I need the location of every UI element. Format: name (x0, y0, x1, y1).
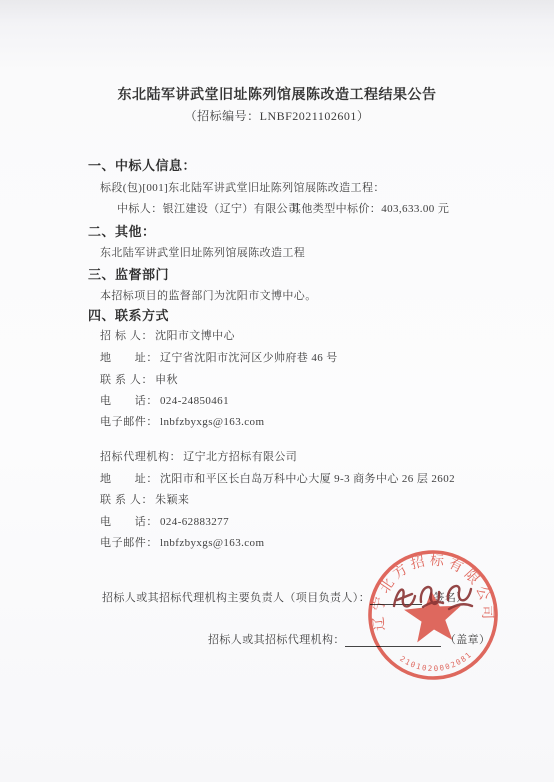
agency-phone-label: 电 话： (100, 516, 158, 528)
principal-label: 招标人或其招标代理机构主要负责人（项目负责人）： (102, 592, 370, 604)
winner-price: 其他类型中标价：403,633.00 元 (290, 200, 449, 216)
tender-number: （招标编号：LNBF2021102601） (0, 107, 554, 124)
lot-line: 标段(包)[001]东北陆军讲武堂旧址陈列馆展陈改造工程： (100, 179, 385, 195)
tenderer-contact-value: 申秋 (155, 374, 178, 386)
tenderer-email-label: 电子邮件： (100, 416, 158, 428)
agency-address-label: 地 址： (100, 473, 158, 485)
agency-contact-label: 联 系 人： (100, 494, 153, 506)
tenderer-address-label: 地 址： (100, 352, 158, 364)
agency-address-row: 地 址：沈阳市和平区长白岛万科中心大厦 9-3 商务中心 26 层 2602 (100, 470, 455, 486)
agency-name-value: 辽宁北方招标有限公司 (183, 451, 297, 463)
handwritten-signature (388, 576, 476, 622)
tenderer-address-value: 辽宁省沈阳市沈河区少帅府巷 46 号 (160, 352, 338, 364)
tenderer-address-row: 地 址：辽宁省沈阳市沈河区少帅府巷 46 号 (100, 349, 338, 365)
section2-body: 东北陆军讲武堂旧址陈列馆展陈改造工程 (100, 244, 305, 260)
section3-body: 本招标项目的监督部门为沈阳市文博中心。 (100, 287, 317, 303)
agency-address-value: 沈阳市和平区长白岛万科中心大厦 9-3 商务中心 26 层 2602 (160, 473, 455, 485)
section2-heading: 二、其他： (88, 221, 156, 240)
agency-name-row: 招标代理机构：辽宁北方招标有限公司 (100, 448, 297, 464)
tenderer-name-row: 招 标 人：沈阳市文博中心 (100, 327, 235, 343)
tenderer-phone-value: 024-24850461 (160, 395, 229, 407)
tenderer-name-value: 沈阳市文博中心 (155, 330, 235, 342)
winner-name: 中标人：银江建设（辽宁）有限公司 (117, 200, 299, 216)
section1-heading: 一、中标人信息： (88, 155, 196, 174)
document-title: 东北陆军讲武堂旧址陈列馆展陈改造工程结果公告 (0, 84, 554, 104)
agency-phone-row: 电 话：024-62883277 (100, 513, 229, 529)
tenderer-contact-row: 联 系 人：申秋 (100, 371, 178, 387)
tenderer-phone-row: 电 话：024-24850461 (100, 392, 229, 408)
agency-email-row: 电子邮件：lnbfzbyxgs@163.com (100, 534, 264, 550)
tenderer-phone-label: 电 话： (100, 395, 158, 407)
agency-contact-value: 朱颖来 (155, 494, 189, 506)
scanned-document-page: 东北陆军讲武堂旧址陈列馆展陈改造工程结果公告 （招标编号：LNBF2021102… (0, 0, 554, 782)
agency-name-label: 招标代理机构： (100, 451, 181, 463)
org-label: 招标人或其招标代理机构： (208, 634, 345, 646)
agency-contact-row: 联 系 人：朱颖来 (100, 491, 189, 507)
agency-phone-value: 024-62883277 (160, 516, 229, 528)
tenderer-email-row: 电子邮件：lnbfzbyxgs@163.com (100, 413, 264, 429)
tenderer-name-label: 招 标 人： (100, 330, 153, 342)
tenderer-contact-label: 联 系 人： (100, 374, 153, 386)
section4-heading: 四、联系方式 (88, 305, 169, 324)
agency-email-value: lnbfzbyxgs@163.com (160, 537, 264, 549)
tenderer-email-value: lnbfzbyxgs@163.com (160, 416, 264, 428)
agency-email-label: 电子邮件： (100, 537, 158, 549)
section3-heading: 三、监督部门 (88, 264, 169, 283)
